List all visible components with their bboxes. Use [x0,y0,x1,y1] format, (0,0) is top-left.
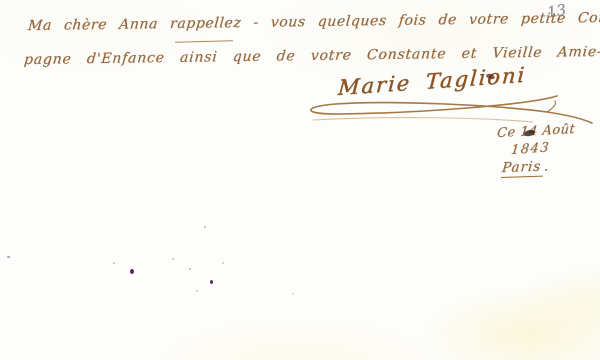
dateline-place: Paris. [501,158,550,176]
letter-body-line-1: Ma chère Anna rappellez - vous quelques … [27,10,600,34]
handwritten-underline [175,40,233,43]
ink-speck [7,256,10,258]
ink-speck [189,268,191,270]
ink-speck [172,258,174,260]
ink-speck [130,269,134,274]
place-name: Paris [501,158,545,178]
ink-speck [113,262,115,264]
place-period: . [543,158,550,174]
ink-speck [292,293,294,295]
ink-speck [204,226,206,228]
ink-speck [222,262,224,264]
dateline-year: 1843 [510,140,551,158]
letter-page: 13 Ma chère Anna rappellez - vous quelqu… [0,0,600,360]
ink-speck [196,290,198,292]
ink-speck [210,280,213,284]
